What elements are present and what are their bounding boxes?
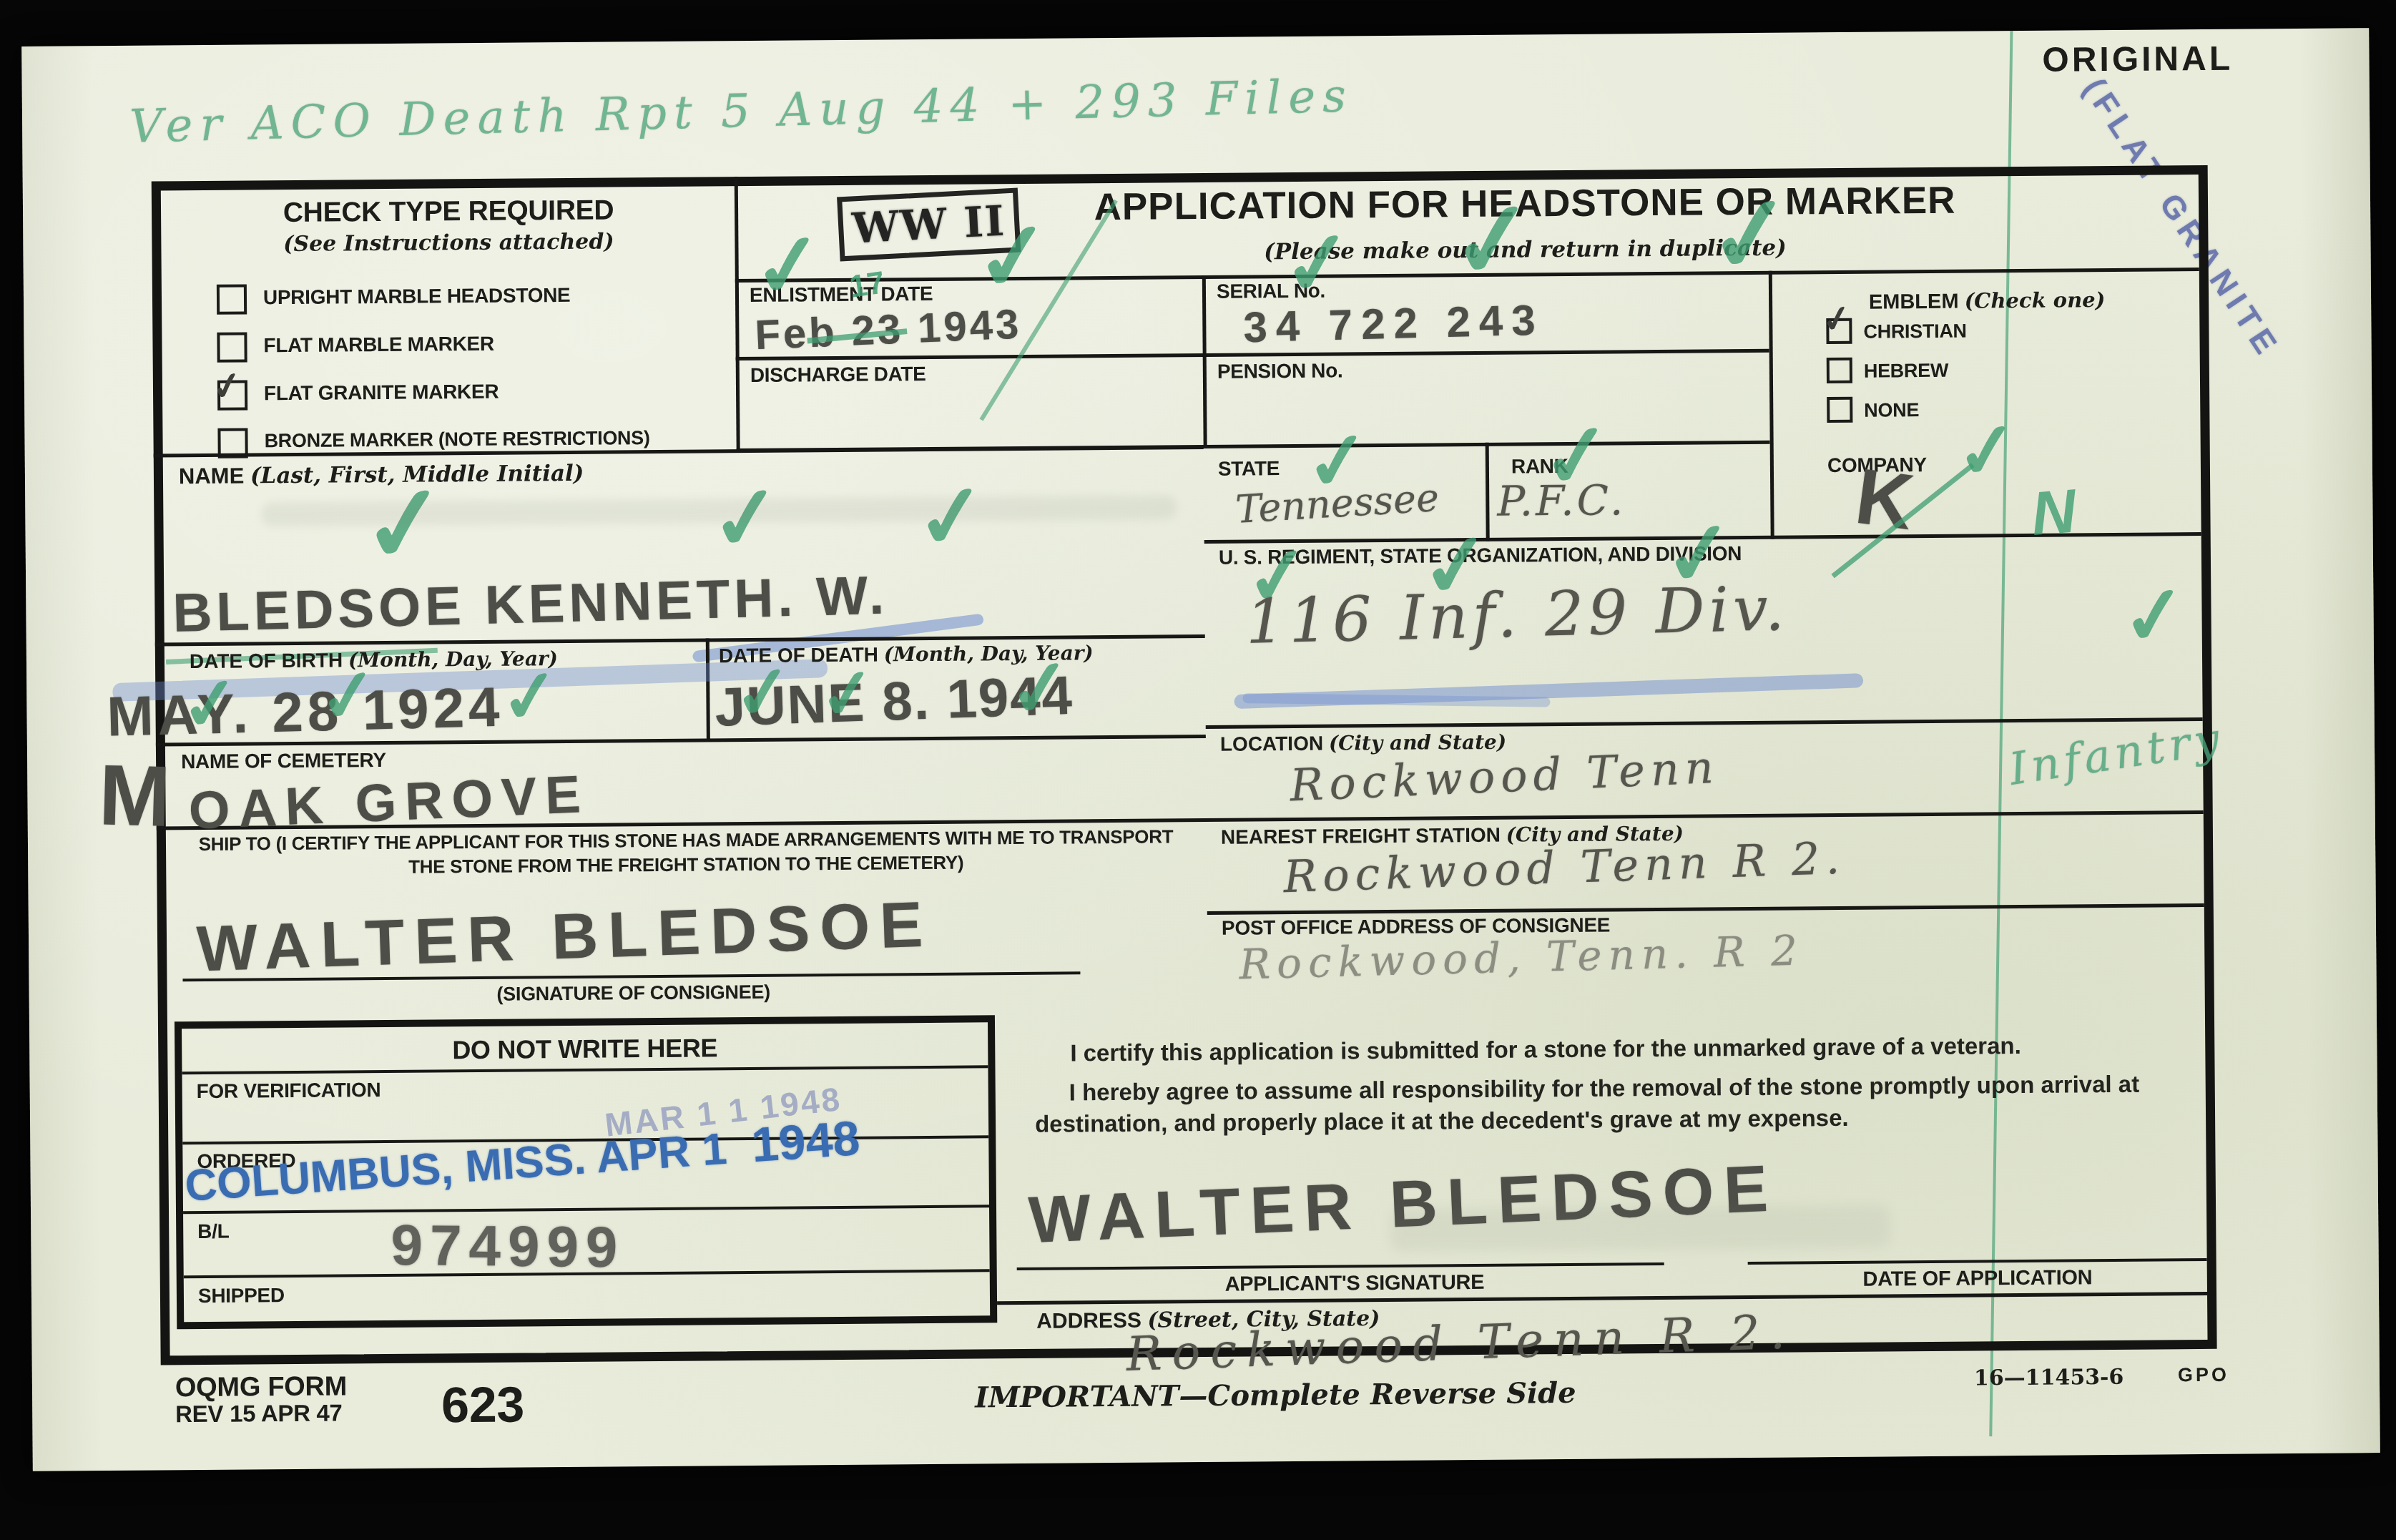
form-id-block: OQMG FORM REV 15 APR 47: [175, 1373, 348, 1426]
green-checkmark: ✓: [2118, 574, 2192, 659]
checkbox-none: [1827, 397, 1852, 423]
green-checkmark: ✓: [815, 658, 880, 732]
checkbox-label: UPRIGHT MARBLE HEADSTONE: [263, 284, 571, 309]
original-label: ORIGINAL: [2042, 39, 2233, 80]
divider-line: [183, 1205, 989, 1214]
enlistment-correction: 17: [847, 265, 887, 305]
emblem-label-text: EMBLEM: [1869, 290, 1959, 314]
green-checkmark: ✓: [1277, 217, 1358, 310]
form-number: 623: [441, 1375, 525, 1433]
print-code: 16—11453-6: [1974, 1365, 2124, 1391]
checkbox-upright-marble: [217, 284, 247, 314]
green-checkmark: ✓: [1659, 507, 1739, 601]
green-checkmark: ✓: [1702, 179, 1800, 292]
form-revision: REV 15 APR 47: [175, 1401, 347, 1426]
birth-date-value: MAY. 28 1924: [106, 675, 504, 750]
divider-line: [182, 1065, 988, 1074]
location-label-text: LOCATION: [1220, 732, 1323, 755]
shipped-label: SHIPPED: [198, 1284, 285, 1308]
do-not-write-title: DO NOT WRITE HERE: [182, 1031, 988, 1067]
name-label-text: NAME: [179, 463, 245, 489]
handwritten-top-note: Ver ACO Death Rpt 5 Aug 44 + 293 Files: [129, 69, 1353, 153]
applicant-signature-label: APPLICANT'S SIGNATURE: [1104, 1270, 1605, 1298]
green-checkmark: ✓: [496, 658, 564, 736]
green-checkmark: ✓: [177, 665, 245, 743]
scanned-document-page: Ver ACO Death Rpt 5 Aug 44 + 293 Files O…: [0, 0, 2396, 1540]
green-checkmark: ✓: [748, 219, 829, 313]
checkbox-flat-marble: [217, 332, 247, 362]
form-name: OQMG FORM: [175, 1373, 347, 1402]
state-label: STATE: [1218, 457, 1280, 481]
green-checkmark: ✓: [1445, 184, 1543, 297]
green-n-mark: N: [2029, 476, 2079, 550]
green-checkmark: ✓: [1241, 534, 1315, 619]
checkbox-label: BRONZE MARKER (NOTE RESTRICTIONS): [264, 427, 649, 452]
green-checkmark: ✓: [315, 657, 383, 735]
for-verification-label: FOR VERIFICATION: [197, 1079, 381, 1103]
important-note: IMPORTANT—Complete Reverse Side: [975, 1376, 1576, 1415]
columbus-date-stamp: COLUMBUS, MISS. APR 1 1948: [183, 1110, 862, 1212]
checkbox-label: FLAT MARBLE MARKER: [263, 333, 494, 358]
paper-sheet: Ver ACO Death Rpt 5 Aug 44 + 293 Files O…: [21, 28, 2380, 1471]
bl-number-stamp: 974999: [391, 1212, 625, 1280]
gpo-label: GPO: [2178, 1364, 2229, 1387]
green-checkmark: ✓: [730, 654, 797, 732]
bleed-through-mark: [1390, 1205, 1890, 1251]
columbus-stamp-text: COLUMBUS, MISS. APR 1: [183, 1124, 728, 1211]
green-checkmark: ✓: [1301, 419, 1375, 505]
green-checkmark: ✓: [1416, 519, 1497, 613]
bl-label: B/L: [197, 1220, 229, 1243]
cemetery-label: NAME OF CEMETERY: [181, 749, 386, 773]
do-not-write-box: DO NOT WRITE HERE FOR VERIFICATION ORDER…: [175, 1015, 997, 1329]
cemetery-initial: M: [98, 745, 172, 846]
green-checkmark: ✓: [1004, 647, 1077, 730]
green-checkmark: ✓: [1536, 410, 1617, 504]
emblem-option-label: CHRISTIAN: [1863, 320, 1967, 343]
date-of-application-label: DATE OF APPLICATION: [1748, 1265, 2207, 1293]
checkbox-label: FLAT GRANITE MARKER: [264, 381, 499, 406]
certification-para2: I hereby agree to assume all responsibil…: [1035, 1068, 2209, 1139]
pension-number-label: PENSION No.: [1217, 359, 1343, 383]
emblem-option-label: HEBREW: [1864, 360, 1948, 383]
green-checkmark: ✓: [1952, 411, 2023, 492]
check-type-subtitle: (See Instructions attached): [166, 228, 731, 258]
check-type-title: CHECK TYPE REQUIRED: [166, 194, 731, 230]
columbus-stamp-year: 1948: [750, 1111, 861, 1172]
discharge-date-label: DISCHARGE DATE: [750, 363, 926, 387]
checkbox-hebrew: [1827, 358, 1852, 383]
emblem-option-label: NONE: [1864, 399, 1919, 422]
green-checkmark: ✓: [970, 206, 1058, 307]
emblem-label-hint: (Check one): [1964, 288, 2105, 313]
